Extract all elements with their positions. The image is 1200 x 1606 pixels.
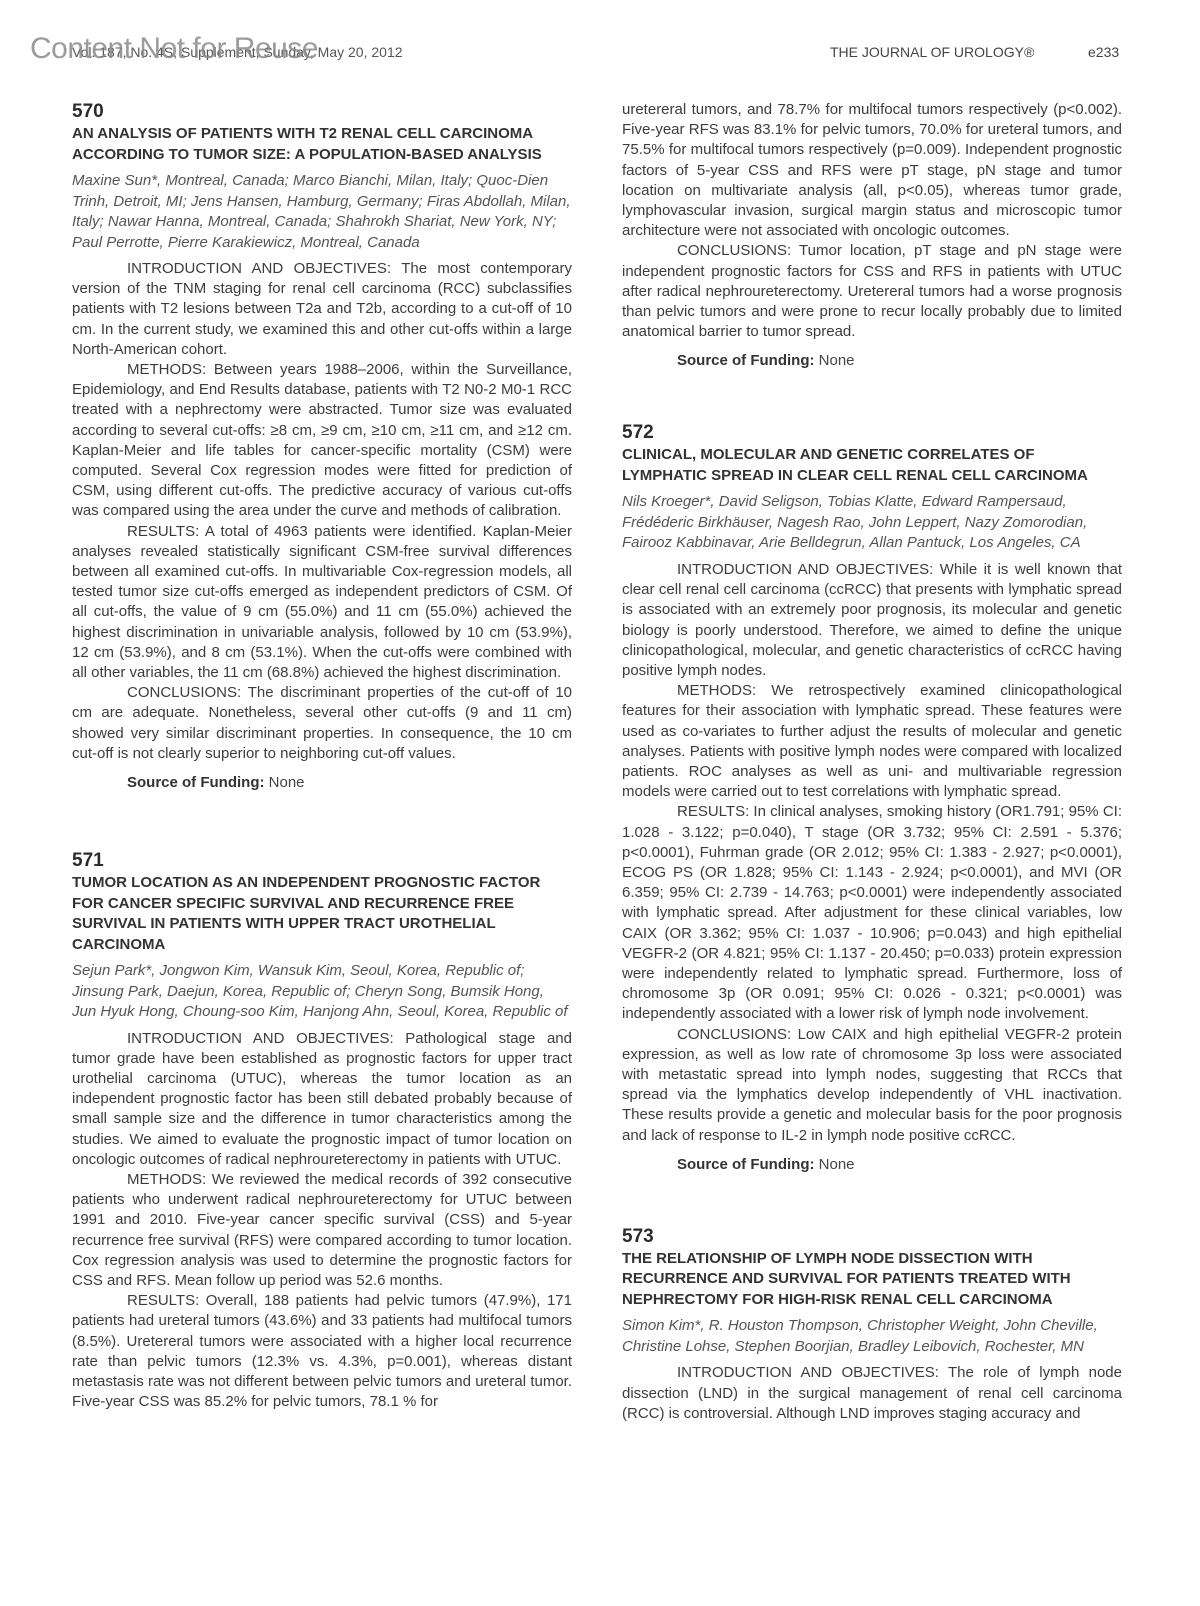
funding-label: Source of Funding: bbox=[677, 352, 814, 369]
abstract-572: 572 CLINICAL, MOLECULAR AND GENETIC CORR… bbox=[622, 421, 1122, 1172]
funding-label: Source of Funding: bbox=[127, 774, 264, 791]
abstract-authors: Sejun Park*, Jongwon Kim, Wansuk Kim, Se… bbox=[72, 961, 572, 1023]
funding-label: Source of Funding: bbox=[677, 1156, 814, 1173]
abstract-methods: METHODS: Between years 1988–2006, within… bbox=[72, 360, 572, 522]
abstract-methods: METHODS: We retrospectively examined cli… bbox=[622, 681, 1122, 802]
abstract-conclusions: CONCLUSIONS: Tumor location, pT stage an… bbox=[622, 241, 1122, 342]
abstract-introduction: INTRODUCTION AND OBJECTIVES: While it is… bbox=[622, 560, 1122, 681]
page-number: e233 bbox=[1088, 44, 1119, 60]
abstract-number: 573 bbox=[622, 1225, 1122, 1249]
abstract-573: 573 THE RELATIONSHIP OF LYMPH NODE DISSE… bbox=[622, 1225, 1122, 1424]
abstract-introduction: INTRODUCTION AND OBJECTIVES: The most co… bbox=[72, 259, 572, 360]
abstract-571-continued: uretereral tumors, and 78.7% for multifo… bbox=[622, 100, 1122, 369]
watermark: Content Not for Reuse bbox=[30, 32, 318, 66]
abstract-conclusions: CONCLUSIONS: Low CAIX and high epithelia… bbox=[622, 1025, 1122, 1146]
abstract-570: 570 AN ANALYSIS OF PATIENTS WITH T2 RENA… bbox=[72, 100, 572, 791]
funding-line: Source of Funding: None bbox=[677, 352, 1122, 369]
abstract-introduction: INTRODUCTION AND OBJECTIVES: Pathologica… bbox=[72, 1029, 572, 1170]
abstract-title: CLINICAL, MOLECULAR AND GENETIC CORRELAT… bbox=[622, 445, 1122, 486]
funding-value: None bbox=[819, 352, 855, 369]
right-column: uretereral tumors, and 78.7% for multifo… bbox=[622, 100, 1122, 1424]
left-column: 570 AN ANALYSIS OF PATIENTS WITH T2 RENA… bbox=[72, 100, 572, 1412]
abstract-conclusions: CONCLUSIONS: The discriminant properties… bbox=[72, 683, 572, 764]
abstract-results-continued: uretereral tumors, and 78.7% for multifo… bbox=[622, 100, 1122, 241]
abstract-results: RESULTS: In clinical analyses, smoking h… bbox=[622, 802, 1122, 1024]
abstract-authors: Simon Kim*, R. Houston Thompson, Christo… bbox=[622, 1316, 1122, 1357]
abstract-title: TUMOR LOCATION AS AN INDEPENDENT PROGNOS… bbox=[72, 873, 572, 955]
abstract-results: RESULTS: Overall, 188 patients had pelvi… bbox=[72, 1291, 572, 1412]
abstract-introduction: INTRODUCTION AND OBJECTIVES: The role of… bbox=[622, 1363, 1122, 1424]
funding-value: None bbox=[819, 1156, 855, 1173]
funding-line: Source of Funding: None bbox=[127, 774, 572, 791]
abstract-number: 572 bbox=[622, 421, 1122, 445]
abstract-title: AN ANALYSIS OF PATIENTS WITH T2 RENAL CE… bbox=[72, 124, 572, 165]
funding-value: None bbox=[269, 774, 305, 791]
page-header: Vol. 187, No. 4S, Supplement, Sunday, Ma… bbox=[0, 38, 1200, 68]
abstract-571: 571 TUMOR LOCATION AS AN INDEPENDENT PRO… bbox=[72, 849, 572, 1412]
abstract-authors: Maxine Sun*, Montreal, Canada; Marco Bia… bbox=[72, 171, 572, 253]
abstract-methods: METHODS: We reviewed the medical records… bbox=[72, 1170, 572, 1291]
funding-line: Source of Funding: None bbox=[677, 1156, 1122, 1173]
abstract-number: 571 bbox=[72, 849, 572, 873]
journal-title: THE JOURNAL OF UROLOGY® bbox=[830, 44, 1034, 60]
abstract-title: THE RELATIONSHIP OF LYMPH NODE DISSECTIO… bbox=[622, 1249, 1122, 1311]
abstract-results: RESULTS: A total of 4963 patients were i… bbox=[72, 522, 572, 684]
abstract-number: 570 bbox=[72, 100, 572, 124]
abstract-authors: Nils Kroeger*, David Seligson, Tobias Kl… bbox=[622, 492, 1122, 554]
